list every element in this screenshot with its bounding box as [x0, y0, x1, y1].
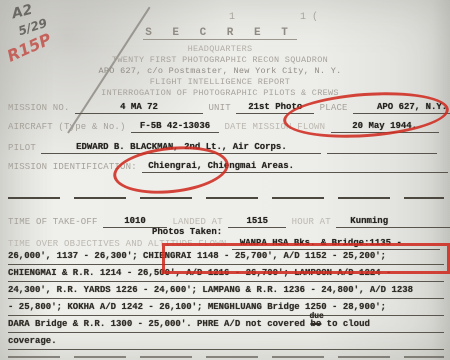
letterhead-report-title: FLIGHT INTELLIGENCE REPORT: [20, 77, 420, 88]
date-mission-flown-value: 20 May 1944.: [352, 121, 417, 131]
photo-log-line-4: 24,300', R.R. YARDS 1226 - 24,600'; LAMP…: [8, 283, 444, 299]
pilot-line: PILOT EDWARD B. BLACKMAN, 2nd Lt., Air C…: [8, 141, 437, 154]
typed-correction-above-line: due: [309, 309, 323, 324]
letterhead-squadron: TWENTY FIRST PHOTOGRAPHIC RECON SQUADRON: [20, 55, 420, 66]
section-divider-rule: [8, 197, 444, 199]
unit-value: 21st Photo: [248, 102, 302, 112]
mission-identification-label: MISSION IDENTIFICATION:: [8, 162, 137, 172]
photo-log-line-6-post: to cloud: [321, 319, 370, 329]
photo-log-line-2: 26,000', 1137 - 26,300'; CHIENGRAI 1148 …: [8, 249, 444, 265]
photos-taken-label: Photos Taken:: [152, 227, 222, 237]
mission-identification-line: MISSION IDENTIFICATION: Chiengrai, Chien…: [8, 160, 448, 173]
landed-at-value: 1515: [246, 216, 268, 226]
photo-log-line-2-pre: 26,000', 1137 - 26,300';: [8, 251, 143, 261]
pilot-value: EDWARD B. BLACKMAN, 2nd Lt., Air Corps.: [76, 142, 287, 152]
letterhead: S E C R E T HEADQUARTERS TWENTY FIRST PH…: [20, 22, 420, 99]
letterhead-apo-address: APO 627, c/o Postmaster, New York City, …: [20, 66, 420, 77]
takeoff-value: 1010: [124, 216, 146, 226]
aircraft-value: F-5B 42-13036: [140, 121, 210, 131]
objectives-label: TIME OVER OBJECTIVES AND ALTITUDE FLOWN: [8, 239, 226, 249]
photo-log-line-6-pre: DARA Bridge & R.R. 1300 - 25,000'. PHRE …: [8, 319, 310, 329]
photo-log-line-7: coverage.: [8, 334, 444, 350]
photo-log-line-2-boxed: CHIENGRAI 1148 - 25,700', A/D 1152 - 25,…: [143, 251, 386, 261]
objectives-first-entry: WANPA HSA Bks. & Bridge:1135 -: [240, 238, 402, 248]
place-label: PLACE: [320, 103, 348, 113]
letterhead-interrogation-line: INTERROGATION OF PHOTOGRAPHIC PILOTS & C…: [20, 88, 420, 99]
date-mission-flown-label: DATE MISSION FLOWN: [224, 122, 325, 132]
mission-line: MISSION NO. 4 MA 72 UNIT 21st Photo PLAC…: [8, 101, 450, 114]
unit-label: UNIT: [208, 103, 230, 113]
hour-at-value: Kunming: [350, 216, 388, 226]
takeoff-line: TIME OF TAKE-OFF 1010 LANDED AT 1515 HOU…: [8, 215, 450, 228]
place-value: APO 627, N.Y.: [377, 102, 447, 112]
mission-no-label: MISSION NO.: [8, 103, 70, 113]
scanned-document-page: A2 5/29 R15P 1 1 ( S E C R E T HEADQUART…: [0, 0, 450, 360]
aircraft-line: AIRCRAFT (Type & No.) F-5B 42-13036 DATE…: [8, 120, 439, 133]
mission-identification-value: Chiengrai, Chiengmai Areas.: [148, 161, 294, 171]
photo-log-line-6: DARA Bridge & R.R. 1300 - 25,000'. PHRE …: [8, 317, 444, 333]
takeoff-label: TIME OF TAKE-OFF: [8, 217, 98, 227]
letterhead-headquarters: HEADQUARTERS: [20, 44, 420, 55]
aircraft-label: AIRCRAFT (Type & No.): [8, 122, 126, 132]
bottom-divider-rule: [8, 356, 444, 358]
classification-stamp: S E C R E T: [143, 27, 297, 40]
photo-log-line-3: CHIENGMAI & R.R. 1214 - 26,500', A/D 121…: [8, 266, 444, 282]
photo-log-line-5: - 25,800'; KOKHA A/D 1242 - 26,100'; MEN…: [8, 300, 444, 316]
pilot-label: PILOT: [8, 143, 36, 153]
mission-no-value: 4 MA 72: [120, 102, 158, 112]
hour-at-label: HOUR AT: [292, 217, 331, 227]
